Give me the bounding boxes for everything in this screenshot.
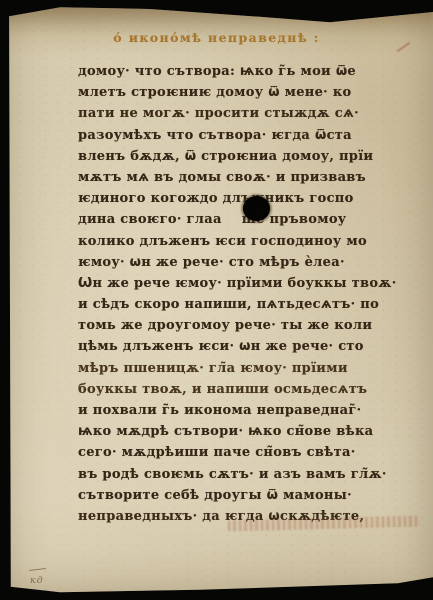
text-line: томь же дроугомоу рече· ты же коли (78, 315, 380, 336)
text-line: мѫтъ мѧ въ домы своѫ· и призвавъ (78, 167, 380, 188)
text-line: въ родѣ своѥмь сѫтъ· и азъ вамъ гл̃ѫ· (78, 464, 380, 485)
text-line: сътворите себѣ дроугы ѿ мамоны· (78, 485, 380, 506)
text-line: боуккы твоѫ, и напиши осмьдесѧтъ (78, 379, 380, 400)
text-line: вленъ бѫдѫ, ѿ строѥниа домоу, прїи (78, 146, 380, 167)
text-line: Ѡн же рече ѥмоу· прїими боуккы твоѫ· (78, 273, 380, 294)
text-block: домоу· что сътвора: ѩко г̃ь мои ѿе млетъ… (78, 61, 380, 527)
text-line: сего· мѫдрѣиши паче сн̃овъ свѣта· (78, 442, 380, 463)
rubric-title: о́ иконо́мѣ неправеднѣ : (0, 30, 433, 45)
manuscript-scan: о́ иконо́мѣ неправеднѣ : домоу· что сътв… (0, 0, 433, 600)
text-line: и сѣдъ скоро напиши, пѧтьдесѧтъ· по (78, 294, 380, 315)
text-line: мѣръ пшеницѫ· гл̃а ѥмоу· прїими (78, 358, 380, 379)
text-line: и похвали г̃ь иконома неправеднаг̃· (78, 400, 380, 421)
text-line: цѣмь длъженъ ѥси· ѡн же рече· сто (78, 336, 380, 357)
text-line: колико длъженъ ѥси господиноу мо (78, 231, 380, 252)
parchment-hole (243, 196, 270, 221)
text-line: ѥмоу· ѡн же рече· сто мѣръ ѐлеа· (78, 252, 380, 273)
quire-signature: кд (30, 575, 44, 586)
text-line: ѥдиного когождо длъжникъ госпо (78, 188, 380, 209)
folio-mark-overline (29, 568, 46, 571)
text-line: ѩко мѫдрѣ сътвори· ѩко сн̃ове вѣка (78, 421, 380, 442)
text-line: пати не могѫ· просити стыждѫ сѧ· (78, 103, 380, 124)
text-line: разоумѣхъ что сътвора· ѥгда ѿста (78, 125, 380, 146)
text-line: домоу· что сътвора: ѩко г̃ь мои ѿе (78, 61, 380, 82)
text-line: млетъ строѥниѥ домоу ѿ мене· ко (78, 82, 380, 103)
parchment-page: о́ иконо́мѣ неправеднѣ : домоу· что сътв… (0, 0, 433, 600)
text-line: дина своѥго· глаа ше пръвомоу (78, 209, 380, 230)
